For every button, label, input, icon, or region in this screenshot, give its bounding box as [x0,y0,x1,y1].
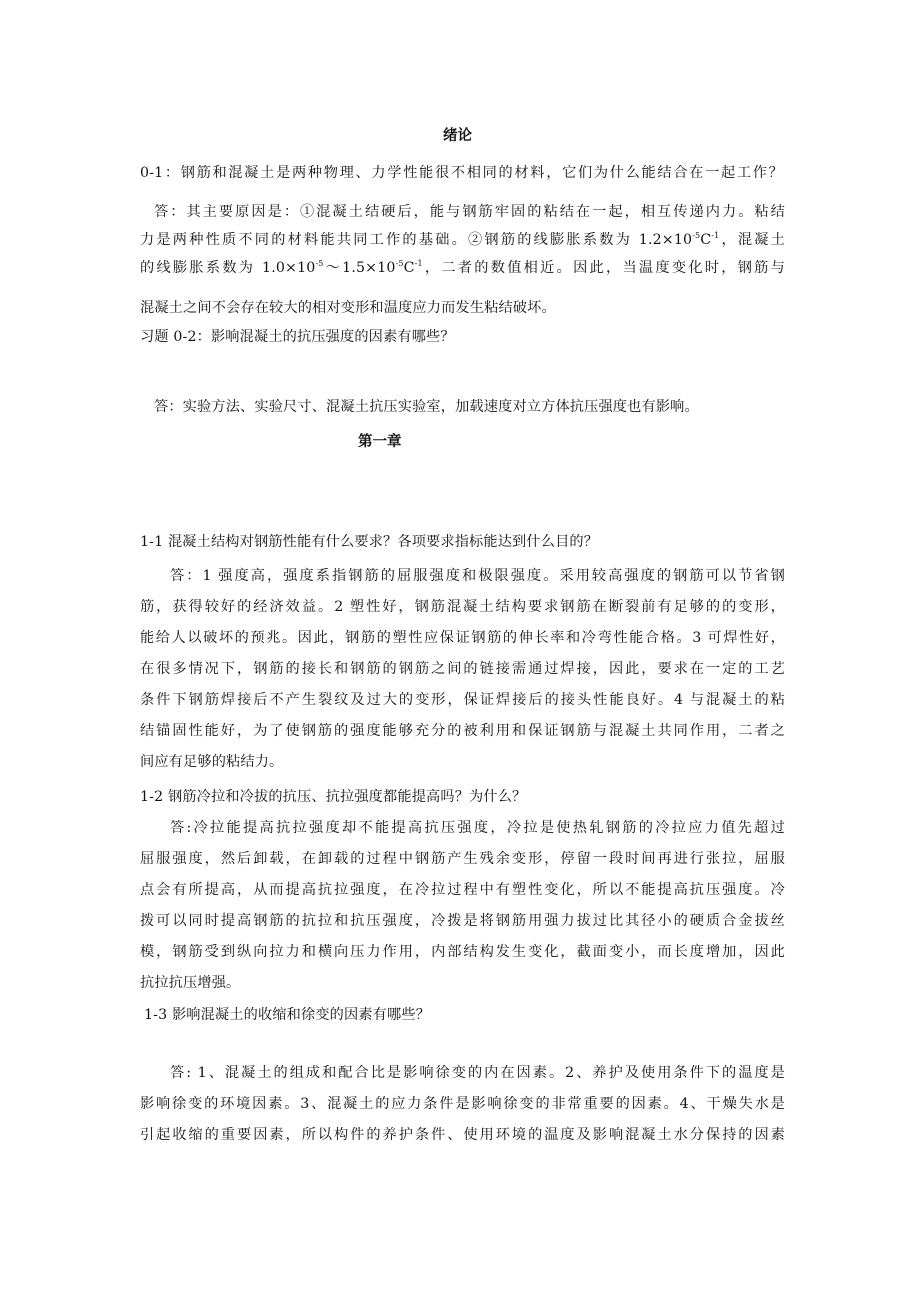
answer-1-2-line-4: 拨可以同时提高钢筋的抗拉和抗压强度，冷拨是将钢筋用强力拔过比其径小的硬质合金拔丝 [140,911,785,931]
answer-1-2-line-6: 抗拉抗压增强。 [140,973,785,993]
section-heading-intro: 绪论 [443,124,472,145]
question-1-1: 1-1 混凝土结构对钢筋性能有什么要求？各项要求指标能达到什么目的？ [140,532,785,552]
question-1-3: 1-3 影响混凝土的收缩和徐变的因素有哪些？ [144,1005,789,1025]
answer-1-3-line-2: 影响徐变的环境因素。3、混凝土的应力条件是影响徐变的非常重要的因素。4、干燥失水… [140,1094,785,1114]
answer-1-1-line-5: 条件下钢筋焊接后不产生裂纹及过大的变形，保证焊接后的接头性能良好。4 与混凝土的… [140,690,785,710]
answer-0-2-line-1: 答：实验方法、实验尺寸、混凝土抗压实验室，加载速度对立方体抗压强度也有影响。 [154,397,799,417]
answer-1-3-line-3: 引起收缩的重要因素，所以构件的养护条件、使用环境的温度及影响混凝土水分保持的因素 [140,1125,785,1145]
answer-1-1-line-7: 间应有足够的粘结力。 [140,752,785,772]
answer-0-1-line-2: 力是两种性质不同的材料能共同工作的基础。②钢筋的线膨胀系数为 1.2×10-5C… [140,230,785,250]
question-0-2: 习题 0-2：影响混凝土的抗压强度的因素有哪些？ [140,327,785,347]
answer-1-2-line-5: 模，钢筋受到纵向拉力和横向压力作用，内部结构发生变化，截面变小，而长度增加，因此 [140,942,785,962]
answer-1-1-line-1: 答：1 强度高，强度系指钢筋的屈服强度和极限强度。采用较高强度的钢筋可以节省钢 [170,566,785,586]
answer-1-2-line-1: 答:冷拉能提高抗拉强度却不能提高抗压强度，冷拉是使热轧钢筋的冷拉应力值先超过 [170,818,785,838]
question-0-1: 0-1：钢筋和混凝土是两种物理、力学性能很不相同的材料，它们为什么能结合在一起工… [140,163,783,183]
answer-1-1-line-2: 筋，获得较好的经济效益。2 塑性好，钢筋混凝土结构要求钢筋在断裂前有足够的的变形… [140,597,785,617]
document-page: 绪论 0-1：钢筋和混凝土是两种物理、力学性能很不相同的材料，它们为什么能结合在… [0,0,920,1302]
answer-1-2-line-2: 屈服强度，然后卸载，在卸载的过程中钢筋产生残余变形，停留一段时间再进行张拉，屈服 [140,849,785,869]
answer-0-1-line-1: 答：其主要原因是：①混凝土结硬后，能与钢筋牢固的粘结在一起，相互传递内力。粘结 [154,202,785,222]
answer-0-1-line-4: 混凝土之间不会存在较大的相对变形和温度应力而发生粘结破坏。 [140,298,785,318]
answer-1-1-line-6: 结锚固性能好，为了使钢筋的强度能够充分的被利用和保证钢筋与混凝土共同作用，二者之 [140,721,785,741]
answer-1-3-line-1: 答: 1、混凝土的组成和配合比是影响徐变的内在因素。2、养护及使用条件下的温度是 [170,1063,785,1083]
answer-1-1-line-3: 能给人以破坏的预兆。因此，钢筋的塑性应保证钢筋的伸长率和冷弯性能合格。3 可焊性… [140,628,785,648]
answer-1-1-line-4: 在很多情况下，钢筋的接长和钢筋的钢筋之间的链接需通过焊接，因此，要求在一定的工艺 [140,659,785,679]
answer-0-1-line-3: 的线膨胀系数为 1.0×10-5～1.5×10-5C-1，二者的数值相近。因此，… [140,258,785,278]
question-1-2: 1-2 钢筋冷拉和冷拔的抗压、抗拉强度都能提高吗？为什么？ [140,787,785,807]
section-heading-chapter-1: 第一章 [358,430,402,451]
answer-1-2-line-3: 点会有所提高，从而提高抗拉强度，在冷拉过程中有塑性变化，所以不能提高抗压强度。冷 [140,880,785,900]
